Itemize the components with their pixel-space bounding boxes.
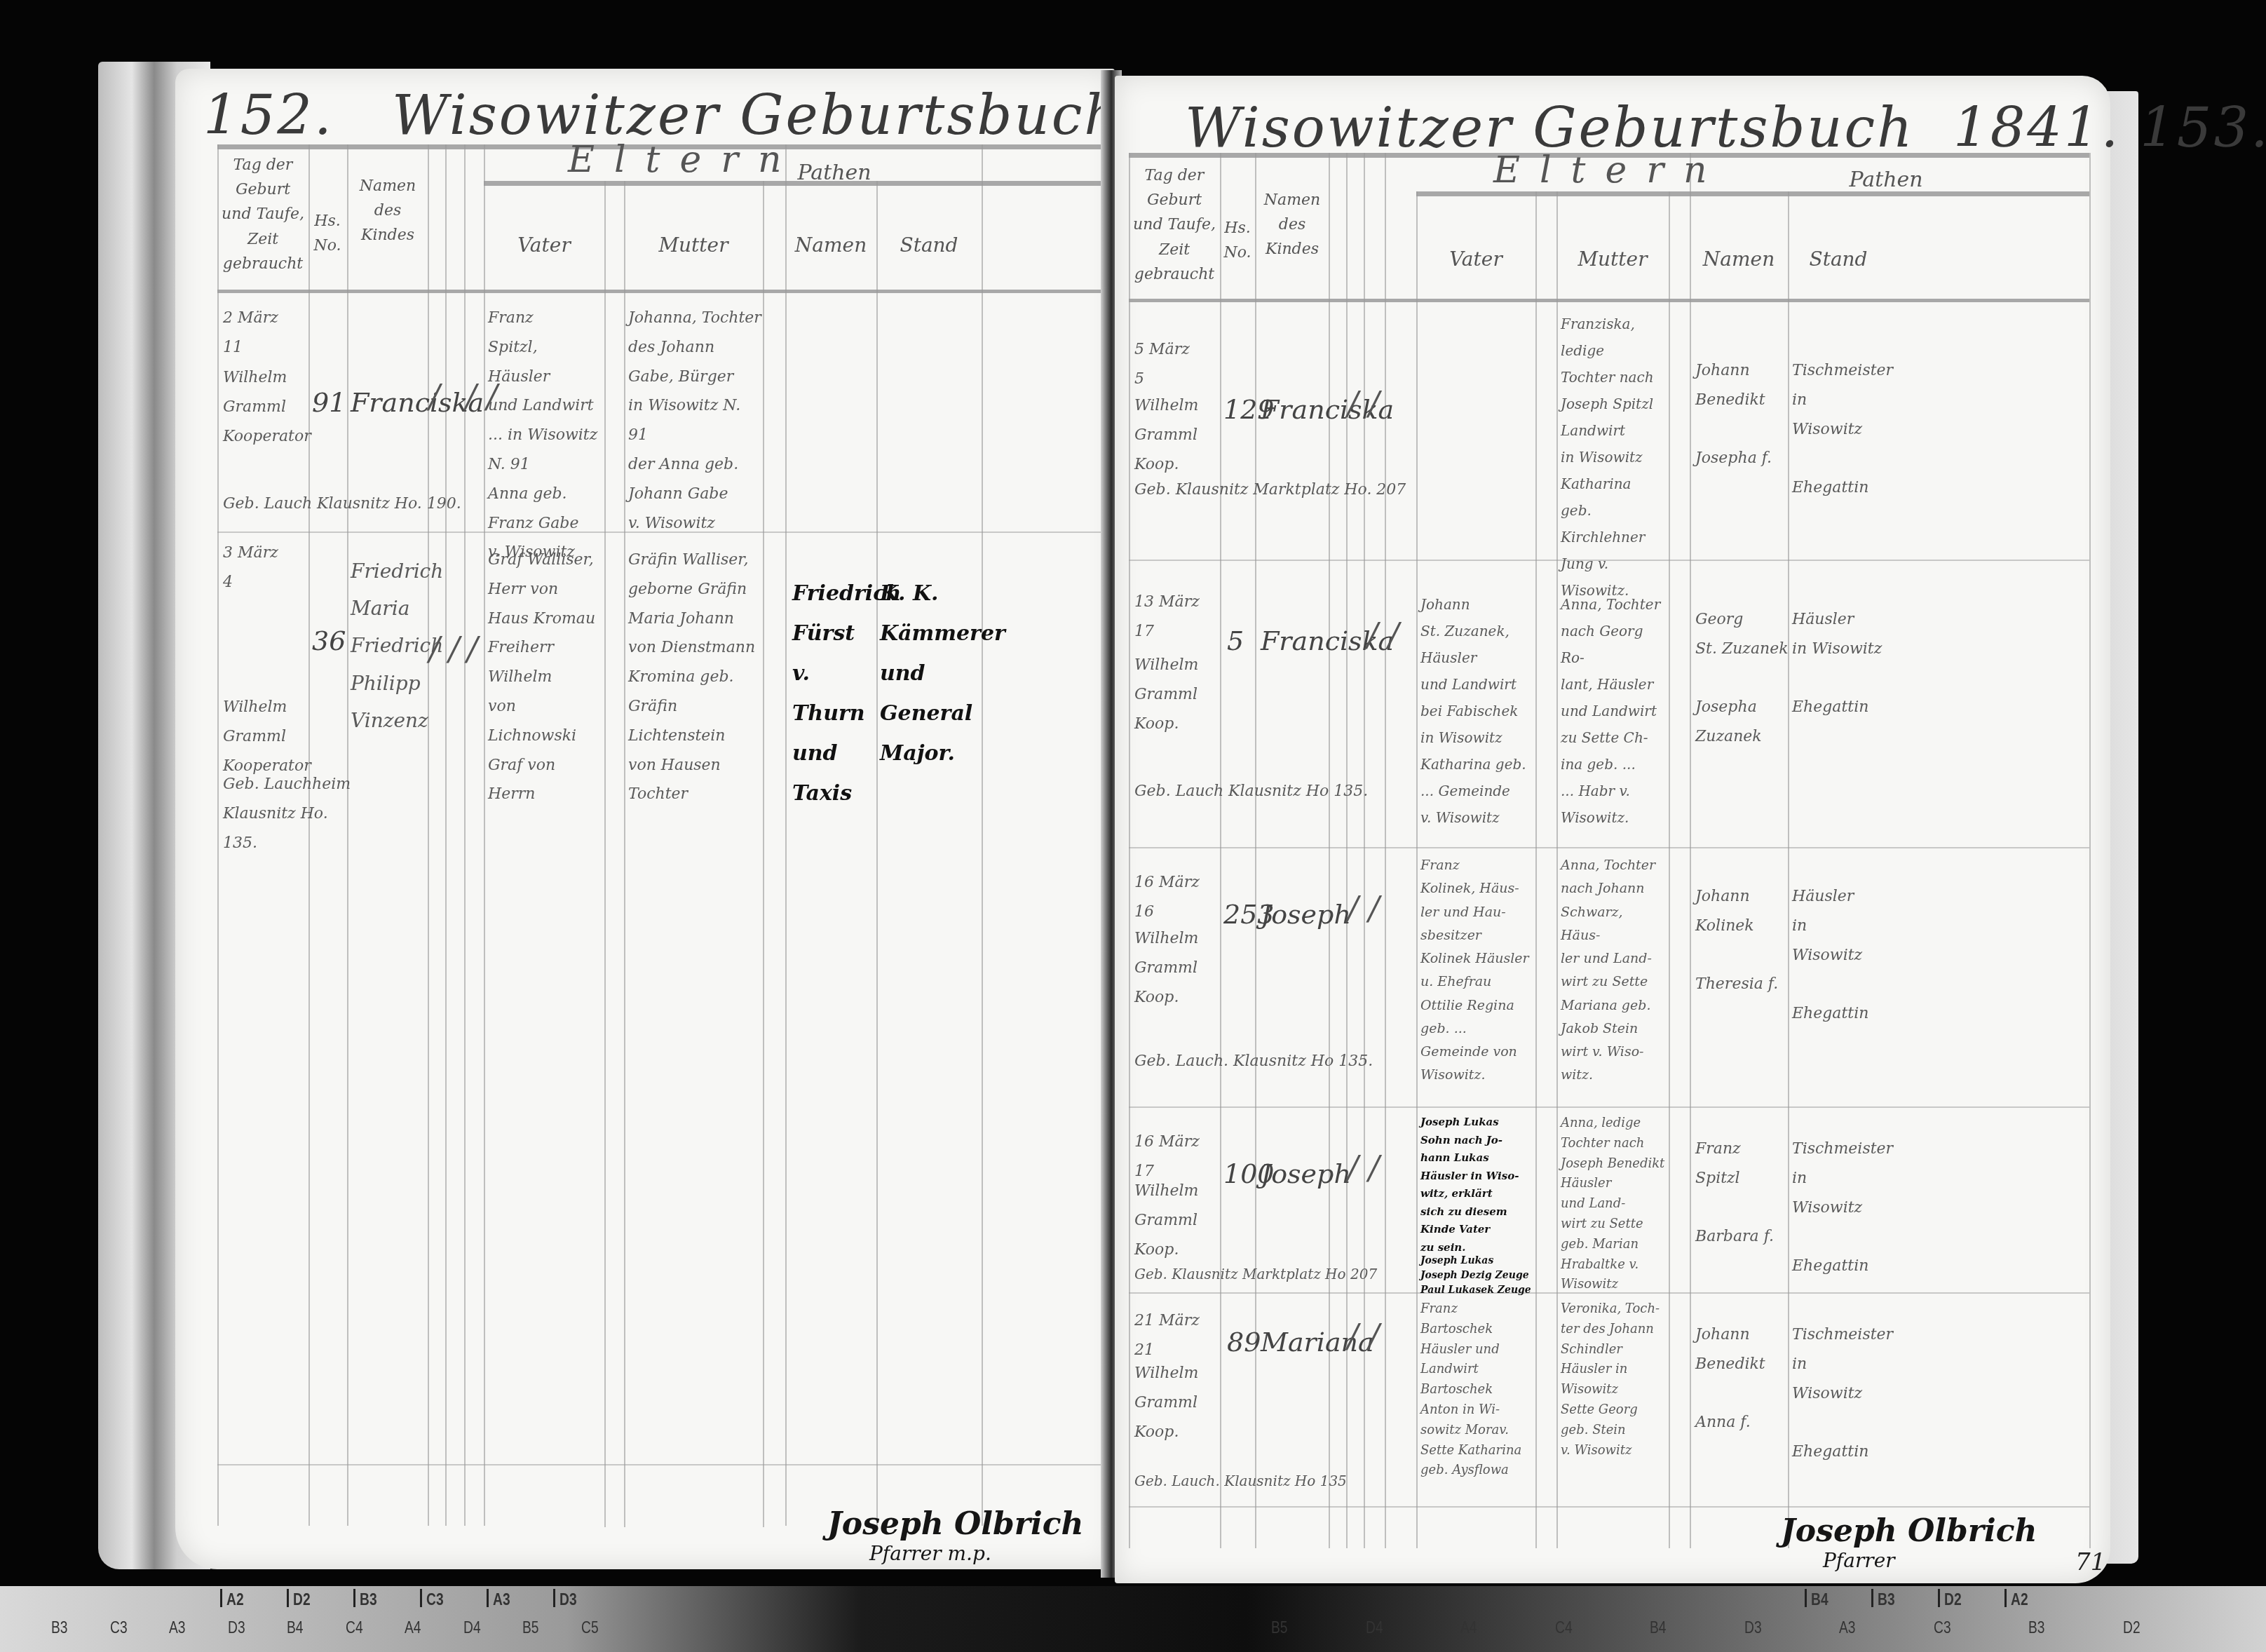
entry-godparent-status: Häusler in Wisowitz Ehegattin	[1792, 882, 1868, 1029]
entry-mother: Franziska, ledige Tochter nach Joseph Sp…	[1561, 311, 1666, 604]
header-date: Tag der Geburt und Taufe, Zeit gebraucht	[219, 153, 307, 276]
column-divider	[1129, 153, 1130, 1548]
header-bottom-rule	[217, 290, 1115, 293]
ruler-tick	[1871, 1589, 1873, 1607]
ruler-label: C3	[110, 1618, 128, 1638]
entry-sex: / /	[1348, 1149, 1380, 1186]
entry-place: Geb. Klausnitz Marktplatz Ho. 207	[1134, 475, 1406, 505]
entry-baptized-by: Wilhelm Gramml Koop.	[1134, 1359, 1198, 1447]
column-divider	[1669, 191, 1670, 1548]
entry-legitimate: /	[467, 630, 478, 668]
entry-house-no: 5	[1227, 616, 1244, 666]
right-page: Wisowitzer Geburtsbuch 1841. 153. Tag de…	[1115, 76, 2110, 1583]
entry-father: Joseph Lukas Sohn nach Jo- hann Lukas Hä…	[1420, 1113, 1533, 1257]
ruler-label: B3	[360, 1590, 377, 1610]
ruler-label: D3	[228, 1618, 245, 1638]
header-parents: Eltern	[568, 139, 801, 181]
header-godparent-status: Stand	[878, 230, 980, 262]
register-year: 1841.	[1953, 97, 2120, 160]
ruler-label: B5	[522, 1618, 538, 1638]
entry-father: Johann St. Zuzanek, Häusler und Landwirt…	[1420, 591, 1533, 831]
entry-house-no: 89	[1227, 1317, 1261, 1367]
column-divider	[876, 181, 878, 1527]
column-divider	[464, 144, 466, 1526]
entry-place: Geb. Lauch. Klausnitz Ho 135	[1134, 1468, 1347, 1494]
ruler-label: A4	[1460, 1618, 1477, 1638]
entry-place: Geb. Klausnitz Marktplatz Ho 207	[1134, 1261, 1377, 1287]
entry-father: Franz Spitzl, Häusler und Landwirt ... i…	[488, 304, 604, 567]
entry-baptized-by: Wilhelm Gramml Kooperator	[223, 363, 311, 451]
column-divider	[484, 144, 485, 1526]
entry-place: Geb. Lauch Klausnitz Ho. 190.	[223, 489, 461, 519]
signature-role: Pfarrer m.p.	[827, 1542, 1084, 1565]
folio-number: 71	[2075, 1548, 2105, 1576]
ruler-label: A2	[2011, 1590, 2028, 1610]
entry-religion: /	[429, 377, 440, 415]
header-godparent-status: Stand	[1789, 244, 1887, 276]
column-divider	[2089, 153, 2091, 1548]
row-divider	[1129, 847, 2089, 848]
ruler-label: D2	[2123, 1618, 2141, 1638]
ruler-label: B3	[1878, 1590, 1895, 1610]
ruler-tick	[420, 1589, 422, 1607]
entry-baptized-by: Wilhelm Gramml Koop.	[1134, 1177, 1198, 1264]
column-divider	[1556, 191, 1558, 1548]
row-divider	[1129, 1106, 2089, 1108]
entry-house-no: 91	[312, 377, 346, 428]
entry-date: 16 März 16	[1134, 868, 1200, 927]
column-divider	[428, 144, 429, 1526]
ruler-tick	[220, 1589, 222, 1607]
entry-date: 21 März 21	[1134, 1306, 1200, 1365]
entry-godparent-name: Johann Kolinek Theresia f.	[1695, 882, 1778, 999]
ruler-tick	[553, 1589, 555, 1607]
ruler-tick	[353, 1589, 355, 1607]
priest-signature: Joseph Olbrich Pfarrer	[1781, 1513, 2037, 1572]
entry-godparent-status: Häusler in Wisowitz Ehegattin	[1792, 605, 1882, 722]
ruler-label: D3	[1744, 1618, 1762, 1638]
entry-house-no: 36	[312, 616, 346, 666]
ruler-label: C5	[581, 1618, 599, 1638]
entry-place: Geb. Lauch Klausnitz Ho 135.	[1134, 777, 1368, 806]
column-divider	[1788, 191, 1789, 1548]
row-divider	[1129, 1506, 2089, 1508]
entry-godparent-status: K. K. Kämmerer und General Major.	[880, 574, 1005, 773]
ruler-label: B4	[1650, 1618, 1666, 1638]
entry-father: Franz Bartoschek Häusler und Landwirt Ba…	[1420, 1299, 1533, 1481]
scale-ruler: A2D2B3C3A3D3B3C3A3D3B4C4A4D4B5C5B4B3D2A2…	[0, 1586, 2266, 1652]
header-house-no: Hs. No.	[1221, 216, 1254, 265]
entry-godparent-name: Franz Spitzl Barbara f.	[1695, 1135, 1774, 1252]
entry-baptized-by: Wilhelm Gramml Koop.	[1134, 651, 1198, 738]
entry-godparent-status: Tischmeister in Wisowitz Ehegattin	[1792, 356, 1893, 503]
entry-date: 5 März 5	[1134, 335, 1190, 394]
entry-mother: Anna, Tochter nach Johann Schwarz, Häus-…	[1561, 854, 1666, 1088]
ruler-label: B5	[1271, 1618, 1287, 1638]
column-divider	[1220, 153, 1221, 1548]
page-number: 152.	[203, 84, 334, 147]
entry-religion: /	[429, 630, 440, 668]
signature-name: Joseph Olbrich	[827, 1506, 1084, 1542]
register-title: Wisowitzer Geburtsbuch	[392, 84, 1122, 147]
entry-child-name: Joseph	[1261, 1149, 1351, 1199]
entry-baptized-by: Wilhelm Gramml Koop.	[1134, 924, 1198, 1012]
entry-sex: / /	[1348, 889, 1380, 927]
entry-baptized-by: Wilhelm Gramml Kooperator	[223, 693, 311, 780]
entry-mother: Veronika, Toch- ter des Johann Schindler…	[1561, 1299, 1666, 1461]
entry-place: Geb. Lauch. Klausnitz Ho 135.	[1134, 1047, 1373, 1076]
column-divider	[982, 144, 983, 1526]
header-father: Vater	[485, 230, 603, 262]
ruler-label: C4	[346, 1618, 363, 1638]
column-divider	[445, 144, 447, 1526]
header-godparents: Pathen	[792, 156, 876, 190]
entry-date: 3 März 4	[223, 539, 278, 597]
ruler-label: D4	[463, 1618, 481, 1638]
header-mother: Mutter	[625, 230, 761, 262]
ruler-label: A3	[169, 1618, 185, 1638]
ruler-tick	[487, 1589, 489, 1607]
header-house-no: Hs. No.	[310, 209, 345, 258]
entry-mother: Anna, Tochter nach Georg Ro- lant, Häusl…	[1561, 591, 1666, 831]
entry-child-name: Franciska	[351, 377, 484, 428]
header-godparent-name: Namen	[787, 230, 875, 262]
entry-sex: /	[449, 630, 460, 668]
ruler-tick	[1805, 1589, 1807, 1607]
column-divider	[763, 181, 764, 1527]
entry-father: Graf Walliser, Herr von Haus Kromau Frei…	[488, 546, 604, 809]
entry-godparent-status: Tischmeister in Wisowitz Ehegattin	[1792, 1135, 1893, 1281]
ruler-label: C4	[1555, 1618, 1573, 1638]
column-divider	[785, 144, 787, 1526]
ruler-label: C3	[426, 1590, 444, 1610]
entry-date: 13 März 17	[1134, 588, 1200, 646]
entry-sex: / /	[1348, 1317, 1380, 1355]
ruler-label: A3	[493, 1590, 510, 1610]
ruler-label: B3	[51, 1618, 67, 1638]
ruler-label: D3	[559, 1590, 577, 1610]
ruler-label: B4	[1811, 1590, 1829, 1610]
row-divider	[217, 1464, 1115, 1465]
entry-baptized-by: Wilhelm Gramml Koop.	[1134, 391, 1198, 479]
header-godparent-name: Namen	[1691, 244, 1786, 276]
ruler-tick	[1938, 1589, 1940, 1607]
ruler-label: B4	[287, 1618, 303, 1638]
ruler-label: B3	[2028, 1618, 2044, 1638]
page-number: 153.	[2140, 97, 2266, 160]
parents-rule	[1416, 191, 2089, 196]
column-divider	[1690, 153, 1691, 1548]
header-date: Tag der Geburt und Taufe, Zeit gebraucht	[1130, 163, 1219, 287]
entry-mother: Anna, ledige Tochter nach Joseph Benedik…	[1561, 1113, 1666, 1295]
ruler-label: A3	[1839, 1618, 1855, 1638]
ruler-label: A2	[226, 1590, 244, 1610]
entry-godparent-name: Johann Benedikt Anna f.	[1695, 1320, 1765, 1437]
ruler-label: D4	[1366, 1618, 1383, 1638]
column-divider	[1416, 191, 1418, 1548]
left-page: 152. Wisowitzer Geburtsbuch 1841. Tag de…	[175, 69, 1115, 1569]
header-father: Vater	[1418, 244, 1534, 276]
column-divider	[624, 181, 625, 1527]
signature-role: Pfarrer	[1781, 1549, 2037, 1572]
priest-signature: Joseph Olbrich Pfarrer m.p.	[827, 1506, 1084, 1565]
header-godparents: Pathen	[1816, 163, 1956, 197]
header-parents: Eltern	[1493, 149, 1727, 191]
header-mother: Mutter	[1558, 244, 1667, 276]
entry-mother: Gräfin Walliser, geborne Gräfin Maria Jo…	[628, 546, 761, 809]
ruler-tick	[2004, 1589, 2007, 1607]
entry-date: 2 März 11	[223, 304, 278, 363]
column-divider	[1385, 153, 1386, 1548]
ruler-label: C3	[1934, 1618, 1951, 1638]
column-divider	[1535, 191, 1537, 1548]
ruler-label: A4	[405, 1618, 421, 1638]
entry-place: Geb. Lauchheim Klausnitz Ho. 135.	[223, 770, 351, 858]
ruler-label: D2	[1944, 1590, 1962, 1610]
entry-father-acknowledgement: Joseph Lukas Joseph Dezig Zeuge Paul Luk…	[1420, 1254, 1554, 1298]
entry-godparent-status: Tischmeister in Wisowitz Ehegattin	[1792, 1320, 1893, 1467]
column-divider	[604, 181, 606, 1527]
header-bottom-rule	[1129, 299, 2089, 302]
entry-godparent-name: Georg St. Zuzanek Josepha Zuzanek	[1695, 605, 1789, 752]
entry-sex: / /	[1367, 616, 1399, 654]
header-child-name: Namen des Kindes	[1257, 188, 1327, 262]
entry-mother: Johanna, Tochter des Johann Gabe, Bürger…	[628, 304, 761, 538]
signature-name: Joseph Olbrich	[1781, 1513, 2037, 1549]
entry-father: Franz Kolinek, Häus- ler und Hau- sbesit…	[1420, 854, 1533, 1088]
ruler-label: D2	[293, 1590, 311, 1610]
column-divider	[217, 144, 219, 1526]
ruler-tick	[287, 1589, 289, 1607]
entry-child-name: Joseph	[1261, 889, 1351, 940]
header-child-name: Namen des Kindes	[349, 174, 426, 248]
entry-sex: / /	[1348, 384, 1380, 422]
entry-godparent-name: Johann Benedikt Josepha f.	[1695, 356, 1772, 473]
